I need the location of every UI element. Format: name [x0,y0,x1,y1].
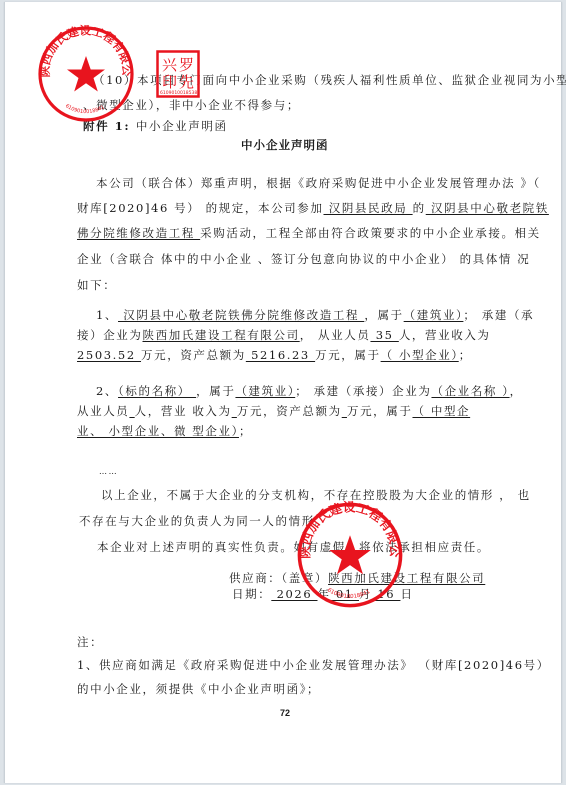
text: 日 [400,587,413,601]
project-name-field: 汉阴县中心敬老院铁 [426,201,549,215]
item1-industry-field: （建筑业） [404,308,464,322]
text: ； [459,348,472,362]
supplier-label: 供应商：（盖章） [229,571,328,585]
text: ； [239,424,252,438]
item1-assets-field: 5216.23 [246,348,315,362]
para1-line-5: 如下： [77,278,116,292]
text: 人，营业 收入为 [135,404,232,418]
text: 月 [359,587,372,601]
item1-size-field: （ 小型企业） [381,348,459,362]
item1-line-1: 1、 汉阴县中心敬老院铁佛分院维修改造工程 ，属于（建筑业）； 承建（承 [96,308,534,322]
item1-line-2: 接）企业为陕西加氏建设工程有限公司， 从业人员 35 人，营业收入为 [77,328,491,342]
clause-text: 本项目专门面向中小企业采购（残疾人福利性质单位、监狱企业视同为小型 [137,73,566,87]
clause-10-line-2: 、微型企业），非中小企业不得参与； [83,98,300,112]
text: 采购活动，工程全部由符合政策要求的中小企业承接。相关 [200,226,541,240]
clause-10-line-1: （10）本项目专门面向中小企业采购（残疾人福利性质单位、监狱企业视同为小型 [93,73,566,87]
para1-line-3: 佛分院维修改造工程 采购活动，工程全部由符合政策要求的中小企业承接。相关 [77,226,541,240]
item1-company-field: 陕西加氏建设工程有限公司 [143,328,300,342]
item2-project-field: （标的名称） [118,384,196,398]
purchaser-field: 汉阴县民政局 [323,201,412,215]
date-year: 2026 [271,587,317,601]
item2-company-field: （企业名称 ） [431,384,509,398]
note-1-line-1: 1、供应商如满足《政府采购促进中小企业发展管理办法》 （财库[2020]46号） [77,658,550,672]
text: 万元，属于 [315,348,381,362]
item-number: 1、 [96,308,118,322]
supplier-name: 陕西加氏建设工程有限公司 [328,571,485,585]
text: ； 承建（承接）企业为 [295,384,431,398]
note-1-line-2: 的中小企业，须提供《中小企业声明函》； [77,682,320,696]
para1-line-1: 本公司（联合体）郑重声明，根据《政府采购促进中小企业发展管理办法 》（ [96,176,541,190]
text: ，属于 [196,384,235,398]
attachment-label: 附件 1: [83,119,130,133]
item1-line-3: 2503.52 万元，资产总额为 5216.23 万元，属于（ 小型企业）； [77,348,472,362]
text: ， 从业人员 [300,328,371,342]
not-large-enterprise-line-1: 以上企业，不属于大企业的分支机构，不存在控股股为大企业的情形 ， 也 [101,488,531,502]
text: ，属于 [364,308,403,322]
text: 人，营业收入为 [399,328,491,342]
attachment-line: 附件 1: 中小企业声明函 [83,119,228,133]
text: 万元，资产总额为 [237,404,342,418]
text: 接）企业为 [77,328,143,342]
text: 的 [413,201,426,215]
date-month: 01 [331,587,359,601]
page-number: 72 [280,708,290,718]
item2-line-2: 从业人员 人，营业 收入为 万元，资产总额为 万元，属于（ 中型企 [77,404,470,418]
seal-text: 陕西加氏建设工程有限公司 [36,24,134,77]
item2-size-field: （ 中型企 [412,404,470,418]
text: ， [510,384,523,398]
item2-size-field-cont: 业、 小型企业、微 型企业） [77,424,239,438]
item1-revenue-field: 2503.52 [77,348,141,362]
item2-industry-field: （建筑业） [235,384,295,398]
text: 万元，资产总额为 [141,348,246,362]
not-large-enterprise-line-2: 不存在与大企业的负责人为同一人的情形。 [79,514,328,528]
project-name-field-cont: 佛分院维修改造工程 [77,226,200,240]
item2-line-1: 2、（标的名称） ，属于（建筑业）； 承建（承接）企业为（企业名称 ）， [96,384,523,398]
item-number: 2、 [96,384,118,398]
text: 从业人员 [77,404,129,418]
text: 财库[2020]46 号） 的规定，本公司参加 [77,201,323,215]
para1-line-2: 财库[2020]46 号） 的规定，本公司参加 汉阴县民政局 的 汉阴县中心敬老… [77,201,549,215]
item1-employees-field: 35 [370,328,398,342]
declaration-heading: 中小企业声明函 [241,138,329,152]
item1-project-field: 汉阴县中心敬老院铁佛分院维修改造工程 [118,308,364,322]
text: 年 [318,587,331,601]
svg-text:兴: 兴 [162,56,178,74]
date-label: 日期： [232,587,271,601]
date-line: 日期： 2026 年 01 月 16 日 [232,587,414,601]
svg-text:6109010018538: 6109010018538 [160,90,197,96]
truthfulness-statement: 本企业对上述声明的真实性负责。如有虚假，将依法承担相应责任。 [97,540,490,554]
note-label: 注： [77,635,103,649]
item2-line-3: 业、 小型企业、微 型企业）； [77,424,252,438]
clause-number: （10） [93,73,137,87]
svg-text:罗: 罗 [179,56,194,74]
para1-line-4: 企业（含联合 体中的中小企业 、签订分包意向协议的中小企业） 的具体情 况 [77,252,530,266]
ellipsis: …… [99,465,118,479]
text: 万元，属于 [347,404,413,418]
document-page: （10）本项目专门面向中小企业采购（残疾人福利性质单位、监狱企业视同为小型 、微… [4,2,562,783]
date-day: 16 [372,587,400,601]
text: ； 承建（承 [463,308,534,322]
attachment-title: 中小企业声明函 [136,119,228,133]
supplier-line: 供应商：（盖章）陕西加氏建设工程有限公司 [229,571,485,585]
